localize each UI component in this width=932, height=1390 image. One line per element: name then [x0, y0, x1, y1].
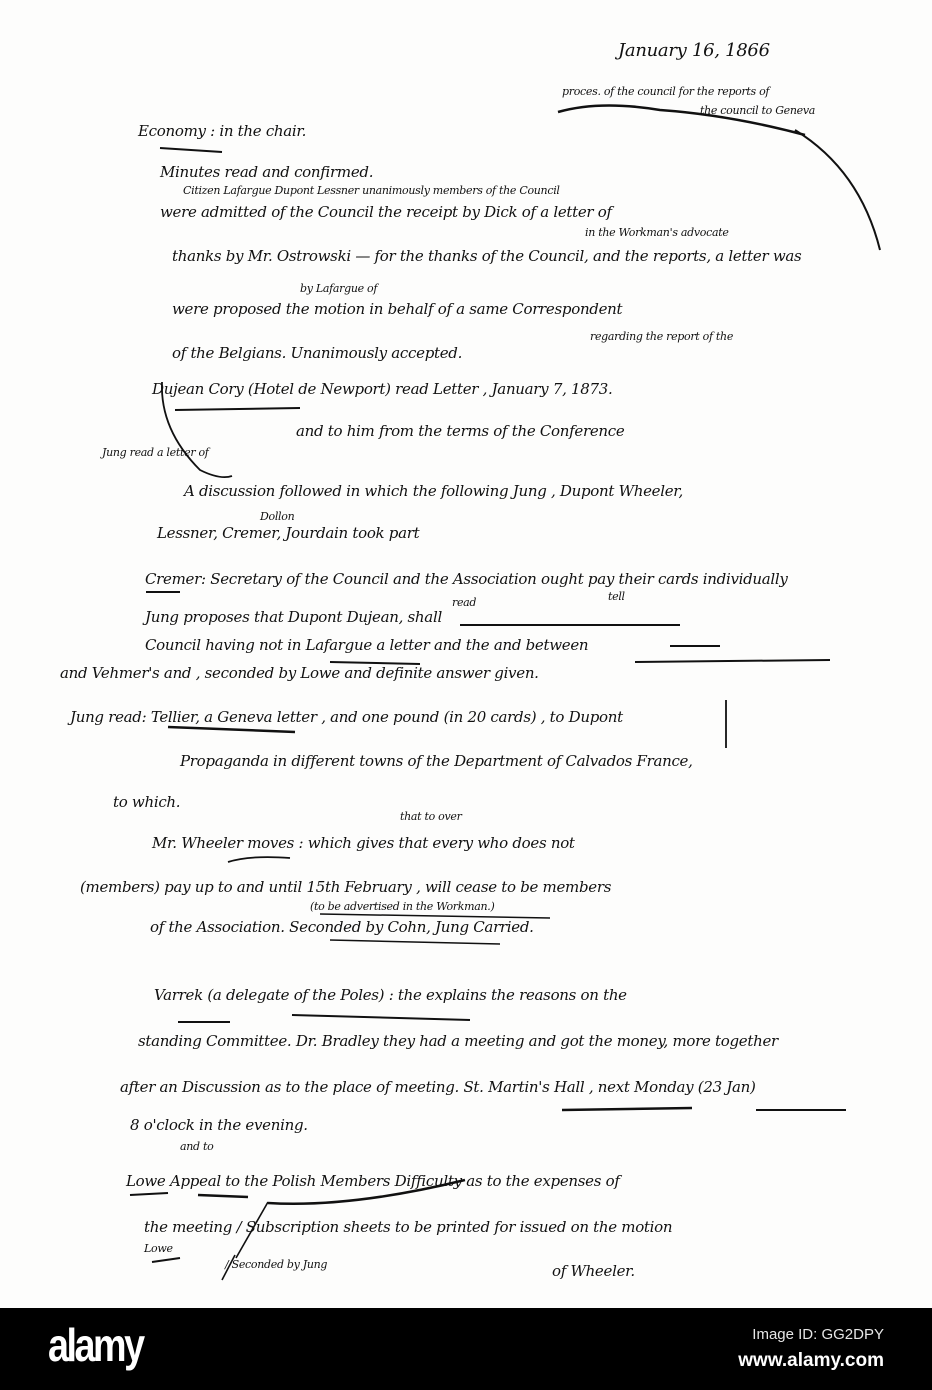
manuscript-line: Cremer: Secretary of the Council and the… — [145, 570, 788, 588]
manuscript-line: 8 o'clock in the evening. — [130, 1116, 308, 1134]
image-id-label: Image ID: GG2DPY — [752, 1326, 884, 1343]
manuscript-line: Jung read a letter of — [102, 446, 209, 459]
manuscript-line: Minutes read and confirmed. — [160, 163, 373, 181]
manuscript-line: Jung proposes that Dupont Dujean, shall — [145, 608, 442, 626]
manuscript-line: Propaganda in different towns of the Dep… — [180, 752, 693, 770]
manuscript-line: to which. — [113, 793, 180, 811]
manuscript-line: (members) pay up to and until 15th Febru… — [80, 878, 611, 896]
manuscript-line: thanks by Mr. Ostrowski — for the thanks… — [172, 247, 801, 265]
manuscript-line: Dujean Cory (Hotel de Newport) read Lett… — [152, 380, 612, 398]
manuscript-line: Lowe Appeal to the Polish Members Diffic… — [126, 1172, 620, 1190]
manuscript-line: and Vehmer's and , seconded by Lowe and … — [60, 664, 539, 682]
manuscript-line: Varrek (a delegate of the Poles) : the e… — [154, 986, 627, 1004]
manuscript-line: tell — [608, 590, 625, 603]
manuscript-page: January 16, 1866 proces. of the council … — [0, 0, 932, 1308]
alamy-logo: alamy — [48, 1318, 143, 1372]
manuscript-line: A discussion followed in which the follo… — [184, 482, 683, 500]
manuscript-line: Council having not in Lafargue a letter … — [145, 636, 588, 654]
manuscript-line: were proposed the motion in behalf of a … — [172, 300, 622, 318]
manuscript-line: by Lafargue of — [300, 282, 377, 295]
manuscript-line: regarding the report of the — [590, 330, 733, 343]
manuscript-line: and to him from the terms of the Confere… — [296, 422, 624, 440]
manuscript-line: the meeting / Subscription sheets to be … — [144, 1218, 672, 1236]
manuscript-line: Mr. Wheeler moves : which gives that eve… — [152, 834, 575, 852]
manuscript-line: Dollon — [260, 510, 294, 523]
manuscript-line: in the Workman's advocate — [585, 226, 729, 239]
manuscript-date: January 16, 1866 — [618, 40, 770, 61]
manuscript-line: after an Discussion as to the place of m… — [120, 1078, 756, 1096]
manuscript-line: / Seconded by Jung — [225, 1258, 327, 1271]
manuscript-line: (to be advertised in the Workman.) — [310, 900, 494, 913]
manuscript-line: of the Belgians. Unanimously accepted. — [172, 344, 462, 362]
site-url-link[interactable]: www.alamy.com — [738, 1350, 884, 1372]
manuscript-line: of the Association. Seconded by Cohn, Ju… — [150, 918, 534, 936]
manuscript-line: and to — [180, 1140, 213, 1153]
manuscript-line: Citizen Lafargue Dupont Lessner unanimou… — [183, 184, 560, 197]
manuscript-line: of Wheeler. — [552, 1262, 635, 1280]
manuscript-line: read — [452, 596, 476, 609]
top-right-note-line-2: the council to Geneva — [700, 104, 815, 117]
manuscript-line: standing Committee. Dr. Bradley they had… — [138, 1032, 778, 1050]
manuscript-line: that to over — [400, 810, 462, 823]
manuscript-line: Economy : in the chair. — [138, 122, 306, 140]
manuscript-line: Jung read: Tellier, a Geneva letter , an… — [70, 708, 623, 726]
manuscript-line: Lessner, Cremer, Jourdain took part — [157, 524, 419, 542]
stock-watermark-footer: alamy Image ID: GG2DPY www.alamy.com — [0, 1308, 932, 1390]
top-right-note-line-1: proces. of the council for the reports o… — [562, 85, 769, 98]
manuscript-line: were admitted of the Council the receipt… — [160, 203, 612, 221]
manuscript-line: Lowe — [144, 1242, 173, 1255]
